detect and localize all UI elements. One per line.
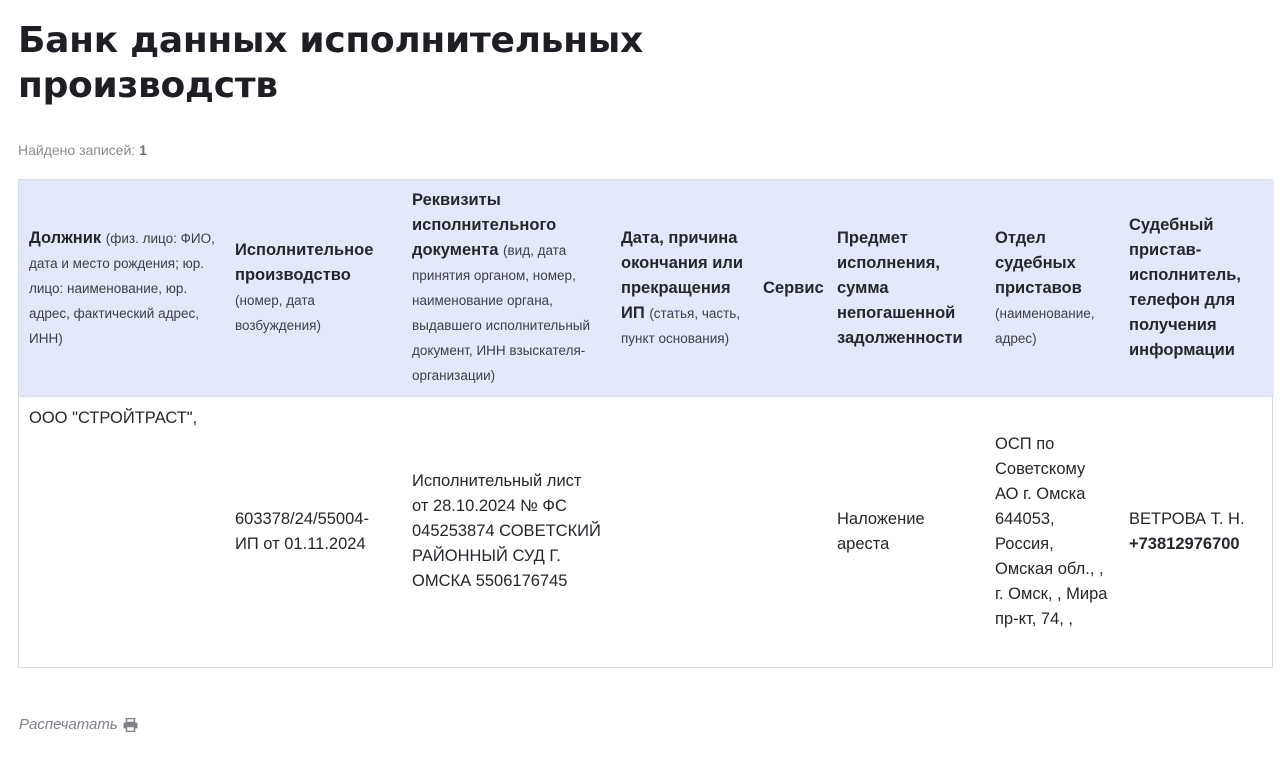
cell-debtor: ООО "СТРОЙТРАСТ", [19,397,225,667]
cell-proceeding: 603378/24/55004-ИП от 01.11.2024 [225,397,402,667]
records-found-count: 1 [139,142,147,158]
cell-department: ОСП по Советскому АО г. Омска 644053, Ро… [985,397,1119,667]
header-subject: Предмет исполнения, сумма непогашенной з… [827,180,985,397]
cell-end-reason [611,397,759,667]
records-found-label: Найдено записей: [18,142,135,158]
header-department: Отдел судебных приставов(наименование, а… [985,180,1119,397]
redaction-overlay [19,443,205,633]
title-line-2: производств [18,65,278,106]
table-row: ООО "СТРОЙТРАСТ", 603378/24/55004-ИП от … [19,397,1274,667]
print-link[interactable]: Распечатать [19,716,138,733]
table-header-row: Должник (физ. лицо: ФИО, дата и место ро… [19,180,1274,397]
bailiff-name: ВЕТРОВА Т. Н. [1129,510,1245,528]
header-end-reason: Дата, причина окончания или прекращения … [611,180,759,397]
header-service: Сервис [759,180,827,397]
header-debtor: Должник (физ. лицо: ФИО, дата и место ро… [19,180,225,397]
cell-document: Исполнительный лист от 28.10.2024 № ФС 0… [402,397,611,667]
print-label[interactable]: Распечатать [19,716,118,733]
bailiff-phone[interactable]: +73812976700 [1129,535,1240,553]
cell-bailiff: ВЕТРОВА Т. Н. +73812976700 [1119,397,1274,667]
page-title: Банк данных исполнительных производств [18,18,643,108]
cell-service [759,397,827,667]
header-bailiff: Судебный пристав-исполнитель, телефон дл… [1119,180,1274,397]
header-document: Реквизиты исполнительного документа (вид… [402,180,611,397]
title-line-1: Банк данных исполнительных [18,20,643,61]
cell-subject: Наложение ареста [827,397,985,667]
results-table: Должник (физ. лицо: ФИО, дата и место ро… [18,179,1273,668]
header-proceeding: Исполнительное производство(номер, дата … [225,180,402,397]
records-found: Найдено записей: 1 [18,142,147,158]
printer-icon[interactable] [123,718,138,732]
